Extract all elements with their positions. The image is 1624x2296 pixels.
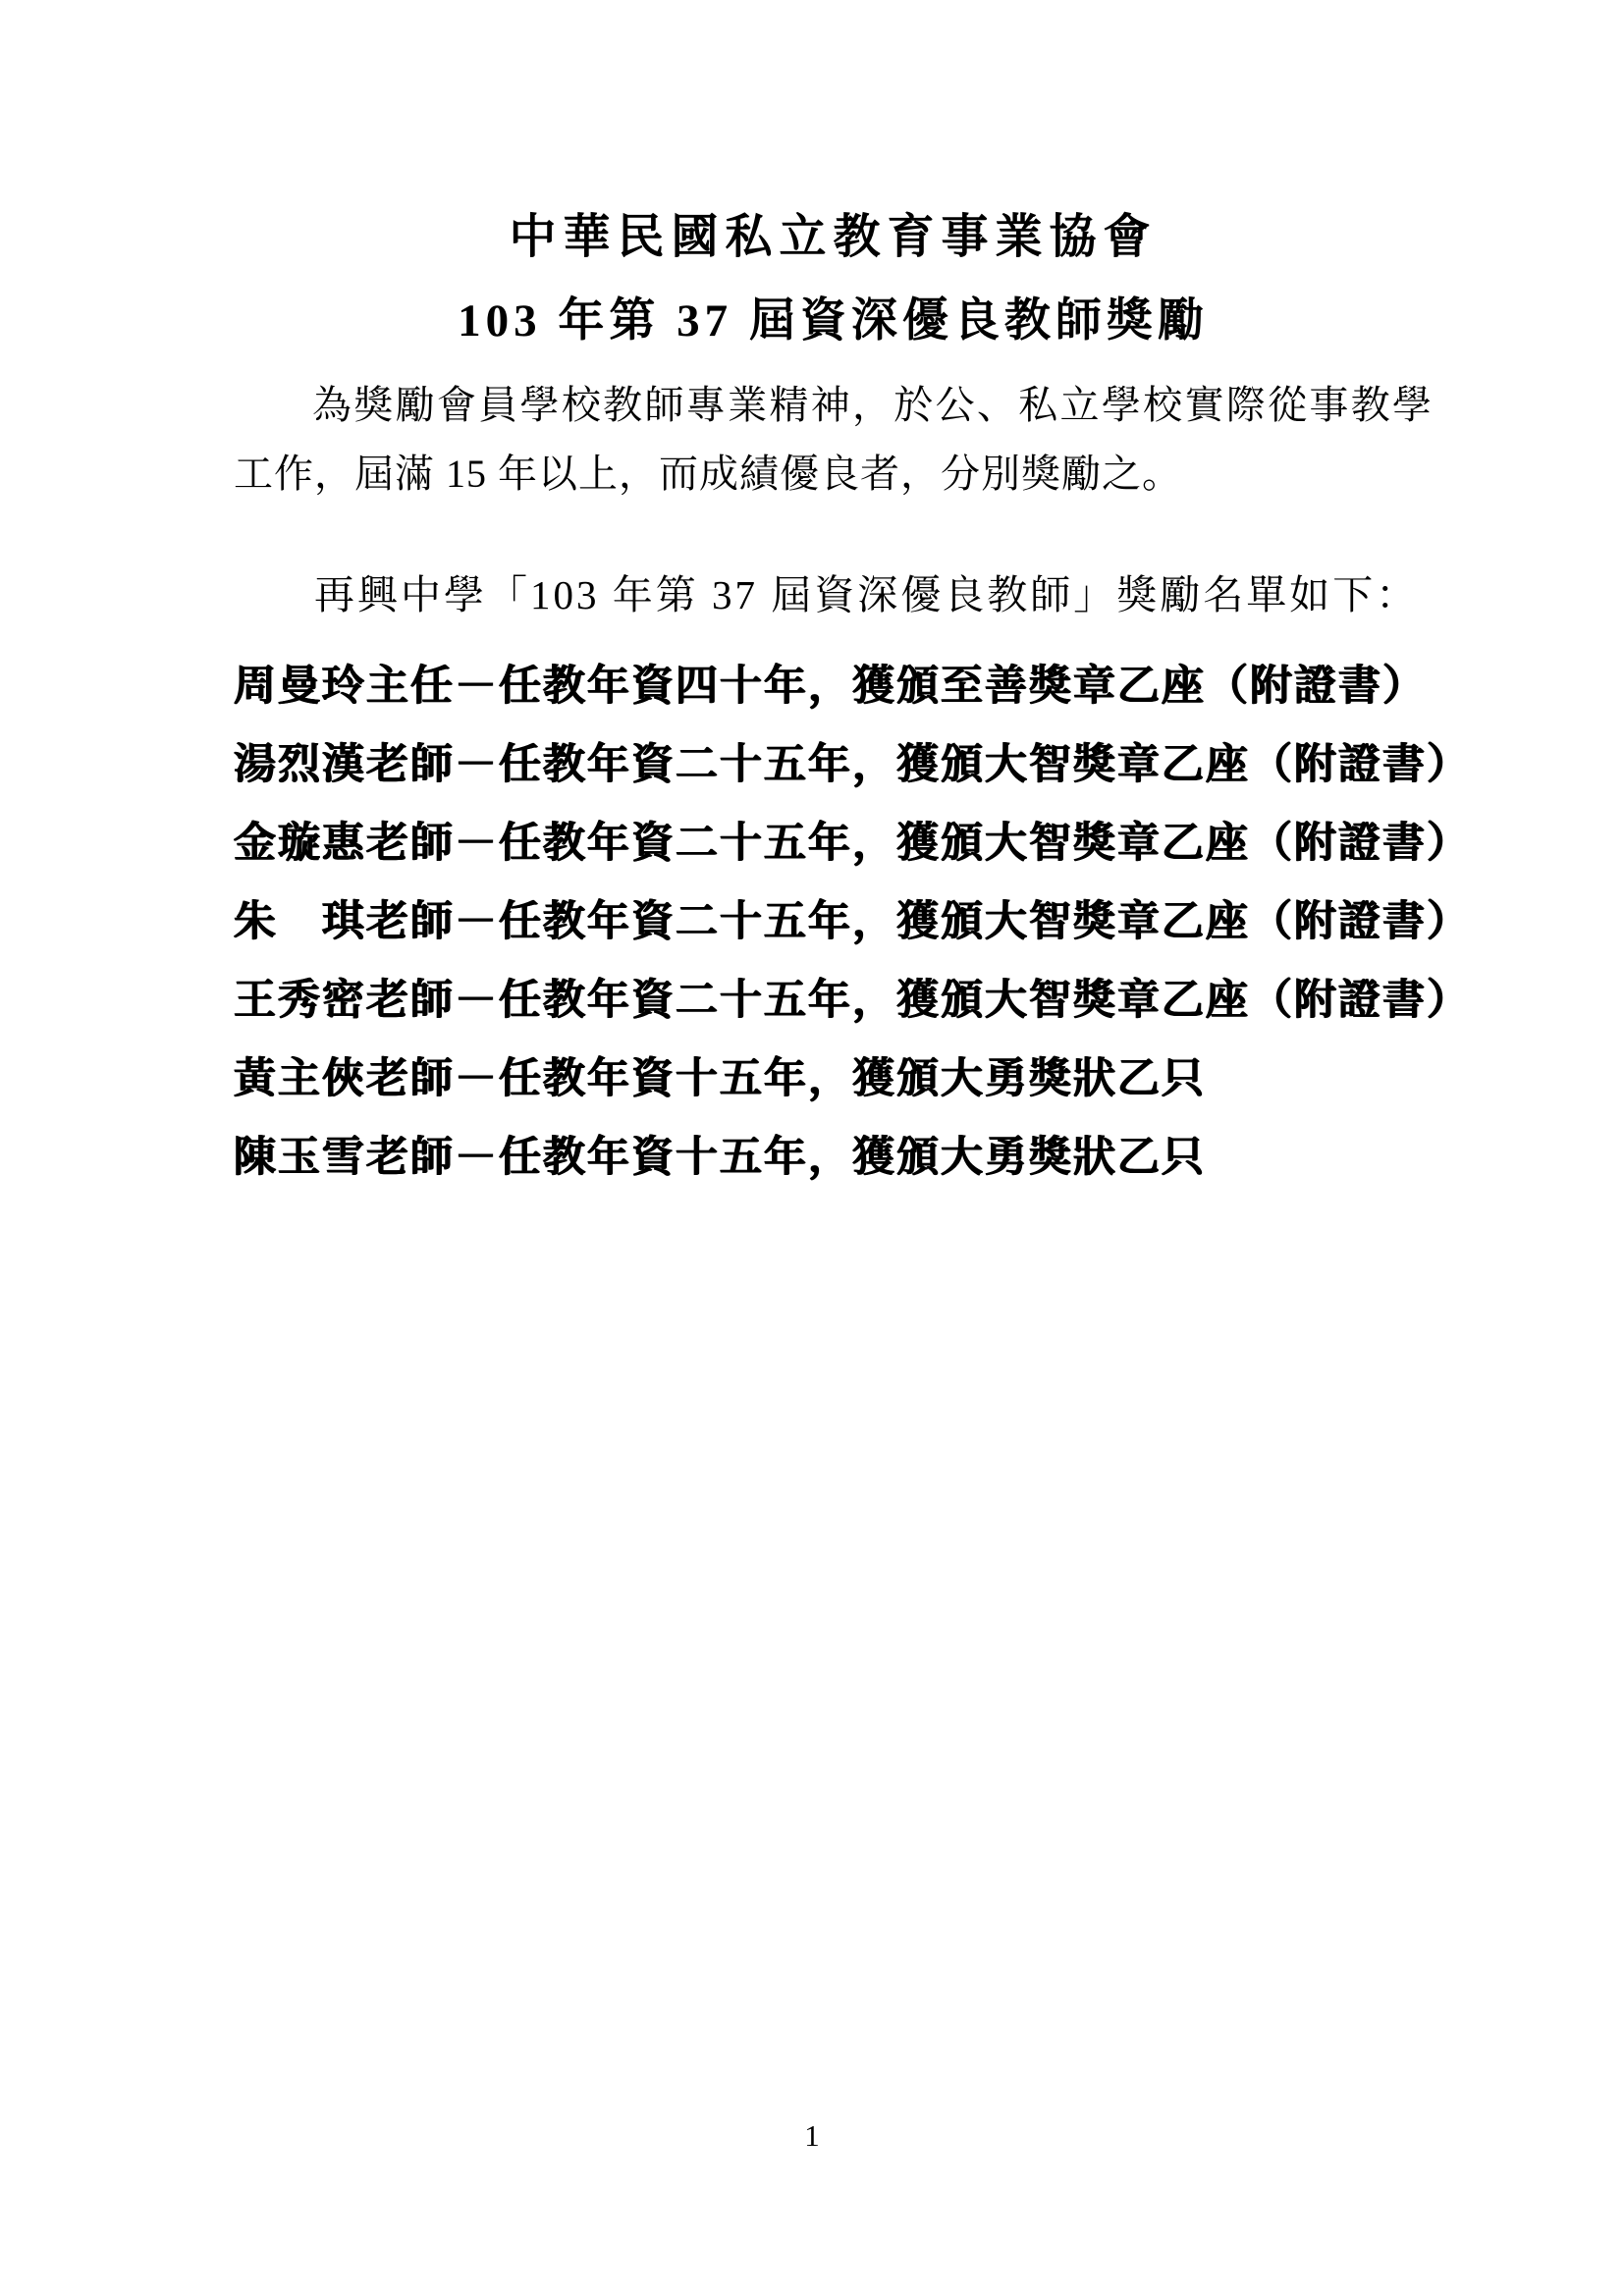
award-line: 陳玉雪老師－任教年資十五年，獲頒大勇獎狀乙只 — [234, 1119, 1433, 1198]
document-title: 中華民國私立教育事業協會 — [234, 208, 1433, 267]
award-line: 周曼玲主任－任教年資四十年，獲頒至善獎章乙座（附證書） — [234, 648, 1433, 726]
award-list: 周曼玲主任－任教年資四十年，獲頒至善獎章乙座（附證書）湯烈漢老師－任教年資二十五… — [234, 648, 1433, 1198]
award-line: 王秀密老師－任教年資二十五年，獲頒大智獎章乙座（附證書） — [234, 962, 1433, 1041]
page-number: 1 — [0, 2118, 1624, 2154]
award-line: 湯烈漢老師－任教年資二十五年，獲頒大智獎章乙座（附證書） — [234, 726, 1433, 805]
award-line: 金璇惠老師－任教年資二十五年，獲頒大智獎章乙座（附證書） — [234, 805, 1433, 883]
award-list-heading: 再興中學「103 年第 37 屆資深優良教師」獎勵名單如下： — [234, 569, 1433, 620]
document-subtitle: 103 年第 37 屆資深優良教師獎勵 — [234, 293, 1433, 349]
award-line: 朱 琪老師－任教年資二十五年，獲頒大智獎章乙座（附證書） — [234, 883, 1433, 962]
document-page: 中華民國私立教育事業協會 103 年第 37 屆資深優良教師獎勵 為獎勵會員學校… — [0, 0, 1624, 2296]
award-line: 黃主俠老師－任教年資十五年，獲頒大勇獎狀乙只 — [234, 1041, 1433, 1119]
intro-paragraph: 為獎勵會員學校教師專業精神，於公、私立學校實際從事教學工作，屆滿 15 年以上，… — [234, 371, 1433, 508]
